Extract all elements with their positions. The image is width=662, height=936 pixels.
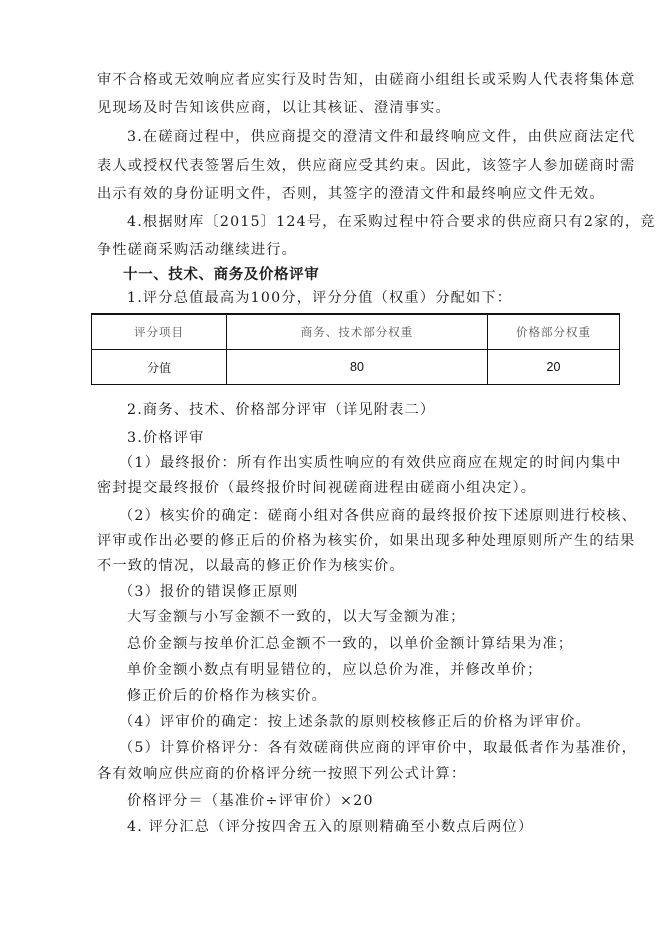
paragraph-line: 1.评分总值最高为100分，评分分值（权重）分配如下： xyxy=(127,288,512,308)
paragraph-line: 单价金额小数点有明显错位的，应以总价为准，并修改单价； xyxy=(127,660,542,680)
paragraph-line: （2）核实价的确定：磋商小组对各供应商的最终报价按下述原则进行校核、 xyxy=(119,506,637,526)
paragraph-line: 争性磋商采购活动继续进行。 xyxy=(97,240,297,260)
score-weight-table: 评分项目 商务、技术部分权重 价格部分权重 分值 80 20 xyxy=(91,313,620,385)
paragraph-line: 各有效响应供应商的价格评分统一按照下列公式计算： xyxy=(97,764,466,784)
document-page: 审不合格或无效响应者应实行及时告知，由磋商小组组长或采购人代表将集体意 见现场及… xyxy=(0,0,662,936)
table-cell: 80 xyxy=(227,350,488,385)
paragraph-line: 3.价格评审 xyxy=(127,428,205,448)
paragraph-line: （5）计算价格评分：各有效磋商供应商的评审价中，取最低者作为基准价， xyxy=(119,738,637,758)
paragraph-line: 见现场及时告知该供应商，以让其核证、澄清事实。 xyxy=(97,98,451,118)
paragraph-line: 评审或作出必要的修正后的价格为核实价，如果出现多种处理原则所产生的结果 xyxy=(97,531,636,551)
table-header-cell: 价格部分权重 xyxy=(488,314,620,350)
paragraph-line: 表人或授权代表签署后生效，供应商应受其约束。因此，该签字人参加磋商时需 xyxy=(97,156,636,176)
table-header-row: 评分项目 商务、技术部分权重 价格部分权重 xyxy=(92,314,620,350)
paragraph-line: 出示有效的身份证明文件，否则，其签字的澄清文件和最终响应文件无效。 xyxy=(97,184,605,204)
table-cell: 20 xyxy=(488,350,620,385)
paragraph-line: 不一致的情况，以最高的修正价作为核实价。 xyxy=(97,556,405,576)
paragraph-line: 审不合格或无效响应者应实行及时告知，由磋商小组组长或采购人代表将集体意 xyxy=(97,70,636,90)
paragraph-line: 3.在磋商过程中，供应商提交的澄清文件和最终响应文件，由供应商法定代 xyxy=(127,127,635,147)
paragraph-line: （3）报价的错误修正原则 xyxy=(119,582,299,602)
paragraph-line: 4.根据财库〔2015〕124号，在采购过程中符合要求的供应商只有2家的，竞 xyxy=(127,212,656,232)
paragraph-line: 总价金额与按单价汇总金额不一致的，以单价金额计算结果为准； xyxy=(127,634,573,654)
table-cell: 分值 xyxy=(92,350,227,385)
table-row: 分值 80 20 xyxy=(92,350,620,385)
table-header-cell: 商务、技术部分权重 xyxy=(227,314,488,350)
paragraph-line: 修正价后的价格作为核实价。 xyxy=(127,686,327,706)
paragraph-line: 4. 评分汇总（评分按四舍五入的原则精确至小数点后两位） xyxy=(127,817,533,837)
paragraph-line: （4）评审价的确定：按上述条款的原则校核修正后的价格为评审价。 xyxy=(119,712,591,732)
paragraph-line: 2.商务、技术、价格部分评审（详见附表二） xyxy=(127,400,435,420)
paragraph-line: 密封提交最终报价（最终报价时间视磋商进程由磋商小组决定）。 xyxy=(97,478,536,498)
formula-line: 价格评分＝（基准价÷评审价）×20 xyxy=(127,791,374,811)
section-heading: 十一、技术、商务及价格评审 xyxy=(123,265,319,285)
paragraph-line: （1）最终报价：所有作出实质性响应的有效供应商应在规定的时间内集中 xyxy=(119,453,622,473)
table-header-cell: 评分项目 xyxy=(92,314,227,350)
paragraph-line: 大写金额与小写金额不一致的，以大写金额为准； xyxy=(127,607,466,627)
